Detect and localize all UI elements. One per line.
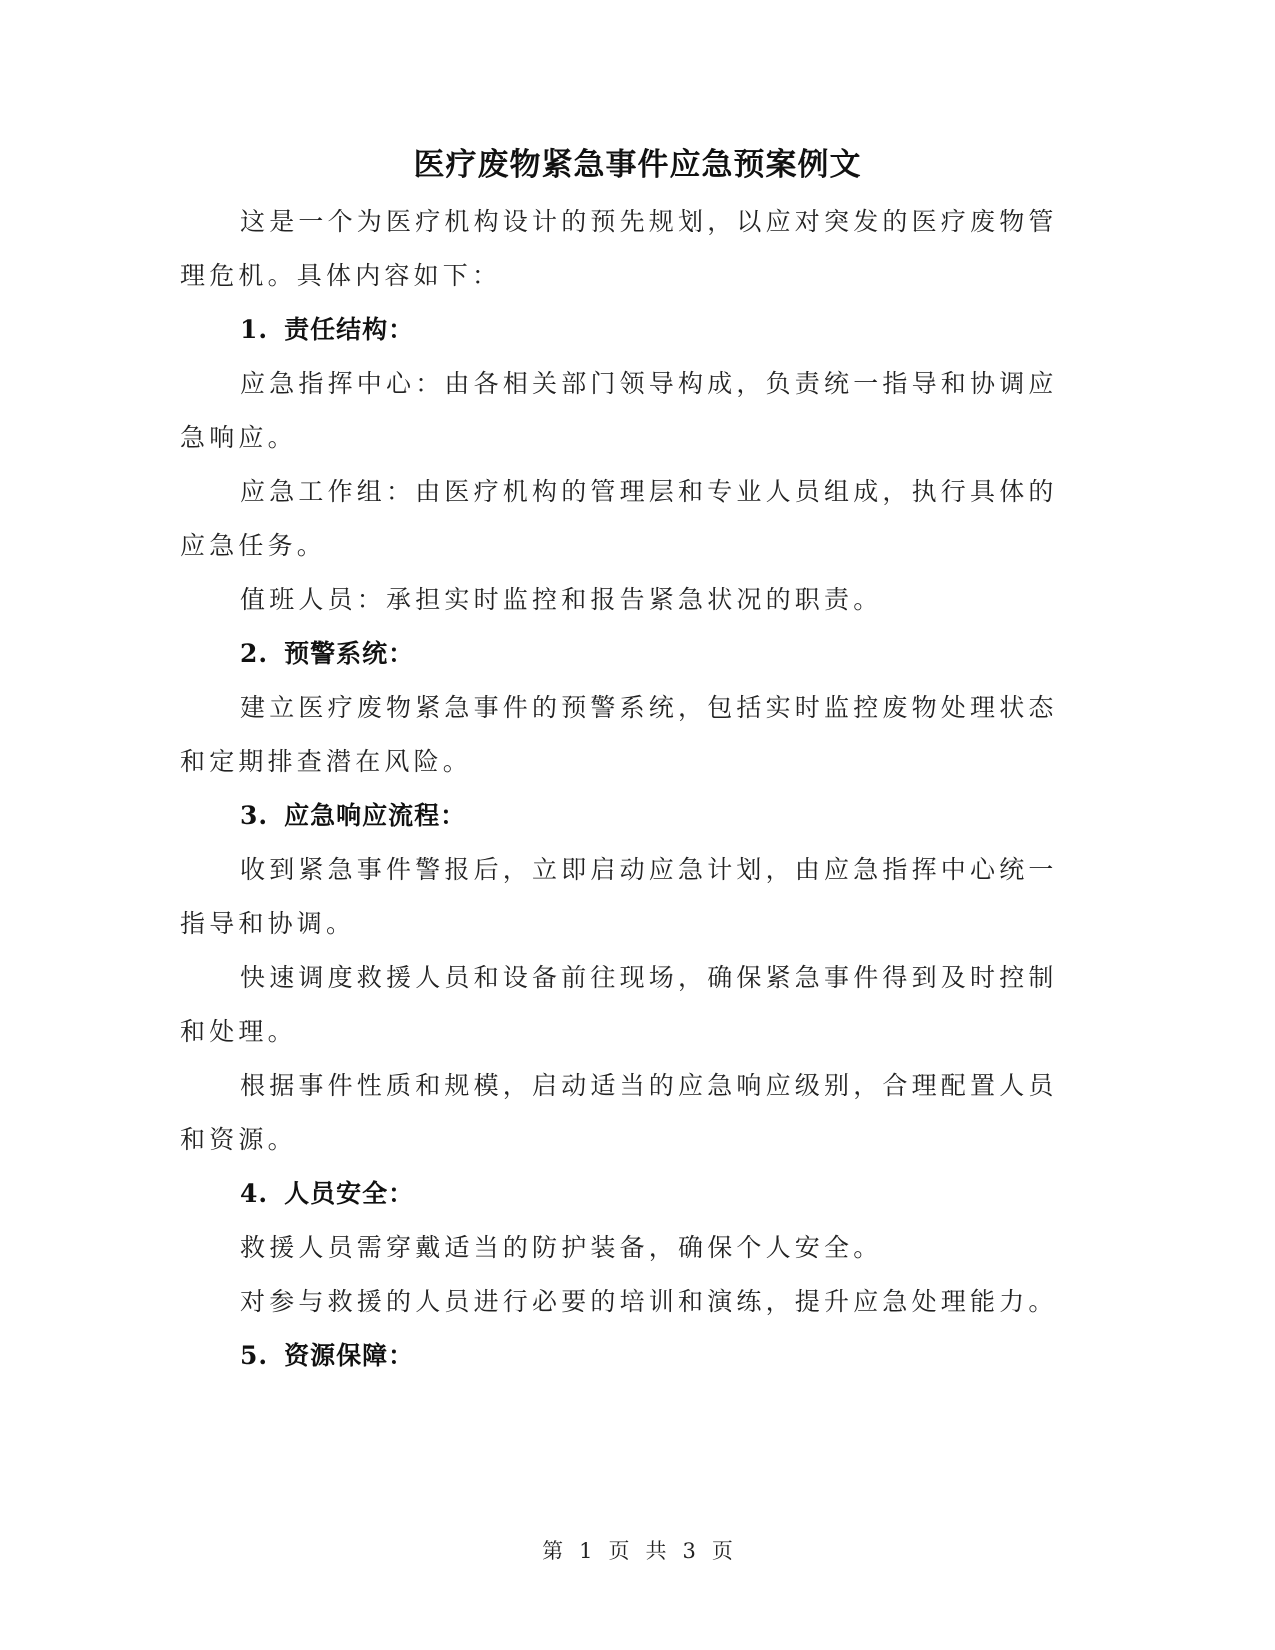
document-page: 医疗废物紧急事件应急预案例文 这是一个为医疗机构设计的预先规划，以应对突发的医疗…	[0, 0, 1275, 1650]
section-heading-4: 4.人员安全：	[240, 1174, 414, 1214]
paragraph-line: 应急任务。	[180, 526, 326, 566]
paragraph-line: 收到紧急事件警报后，立即启动应急计划，由应急指挥中心统一	[240, 850, 1058, 890]
footer-prefix: 第	[542, 1539, 563, 1563]
section-title: 责任结构：	[284, 315, 414, 344]
paragraph-line: 救援人员需穿戴适当的防护装备，确保个人安全。	[240, 1228, 882, 1268]
section-heading-3: 3.应急响应流程：	[240, 796, 466, 836]
section-number: 3.	[240, 801, 268, 830]
section-title: 人员安全：	[284, 1179, 414, 1208]
page-footer: 第1页共3页	[0, 1533, 1275, 1569]
paragraph-line: 根据事件性质和规模，启动适当的应急响应级别，合理配置人员	[240, 1066, 1058, 1106]
footer-page-label: 页	[609, 1539, 630, 1563]
paragraph-line: 建立医疗废物紧急事件的预警系统，包括实时监控废物处理状态	[240, 688, 1058, 728]
section-title: 应急响应流程：	[284, 801, 466, 830]
section-title: 资源保障：	[284, 1341, 414, 1370]
document-title: 医疗废物紧急事件应急预案例文	[0, 140, 1275, 190]
section-heading-2: 2.预警系统：	[240, 634, 414, 674]
section-number: 2.	[240, 639, 268, 668]
section-number: 4.	[240, 1179, 268, 1208]
section-number: 1.	[240, 315, 268, 344]
paragraph-line: 应急工作组：由医疗机构的管理层和专业人员组成，执行具体的	[240, 472, 1058, 512]
paragraph-line: 和处理。	[180, 1012, 297, 1052]
paragraph-line: 对参与救援的人员进行必要的培训和演练，提升应急处理能力。	[240, 1282, 1058, 1322]
section-heading-1: 1.责任结构：	[240, 310, 414, 350]
section-number: 5.	[240, 1341, 268, 1370]
paragraph-line: 和资源。	[180, 1120, 297, 1160]
total-pages-number: 3	[683, 1539, 696, 1563]
footer-total-label: 共	[646, 1539, 667, 1563]
current-page-number: 1	[579, 1539, 592, 1563]
section-title: 预警系统：	[284, 639, 414, 668]
paragraph-line: 快速调度救援人员和设备前往现场，确保紧急事件得到及时控制	[240, 958, 1058, 998]
intro-line-2: 理危机。具体内容如下：	[180, 256, 501, 296]
paragraph-line: 和定期排查潜在风险。	[180, 742, 472, 782]
paragraph-line: 应急指挥中心：由各相关部门领导构成，负责统一指导和协调应	[240, 364, 1058, 404]
footer-suffix: 页	[712, 1539, 733, 1563]
paragraph-line: 值班人员：承担实时监控和报告紧急状况的职责。	[240, 580, 882, 620]
section-heading-5: 5.资源保障：	[240, 1336, 414, 1376]
paragraph-line: 急响应。	[180, 418, 297, 458]
intro-line-1: 这是一个为医疗机构设计的预先规划，以应对突发的医疗废物管	[240, 202, 1058, 242]
paragraph-line: 指导和协调。	[180, 904, 355, 944]
